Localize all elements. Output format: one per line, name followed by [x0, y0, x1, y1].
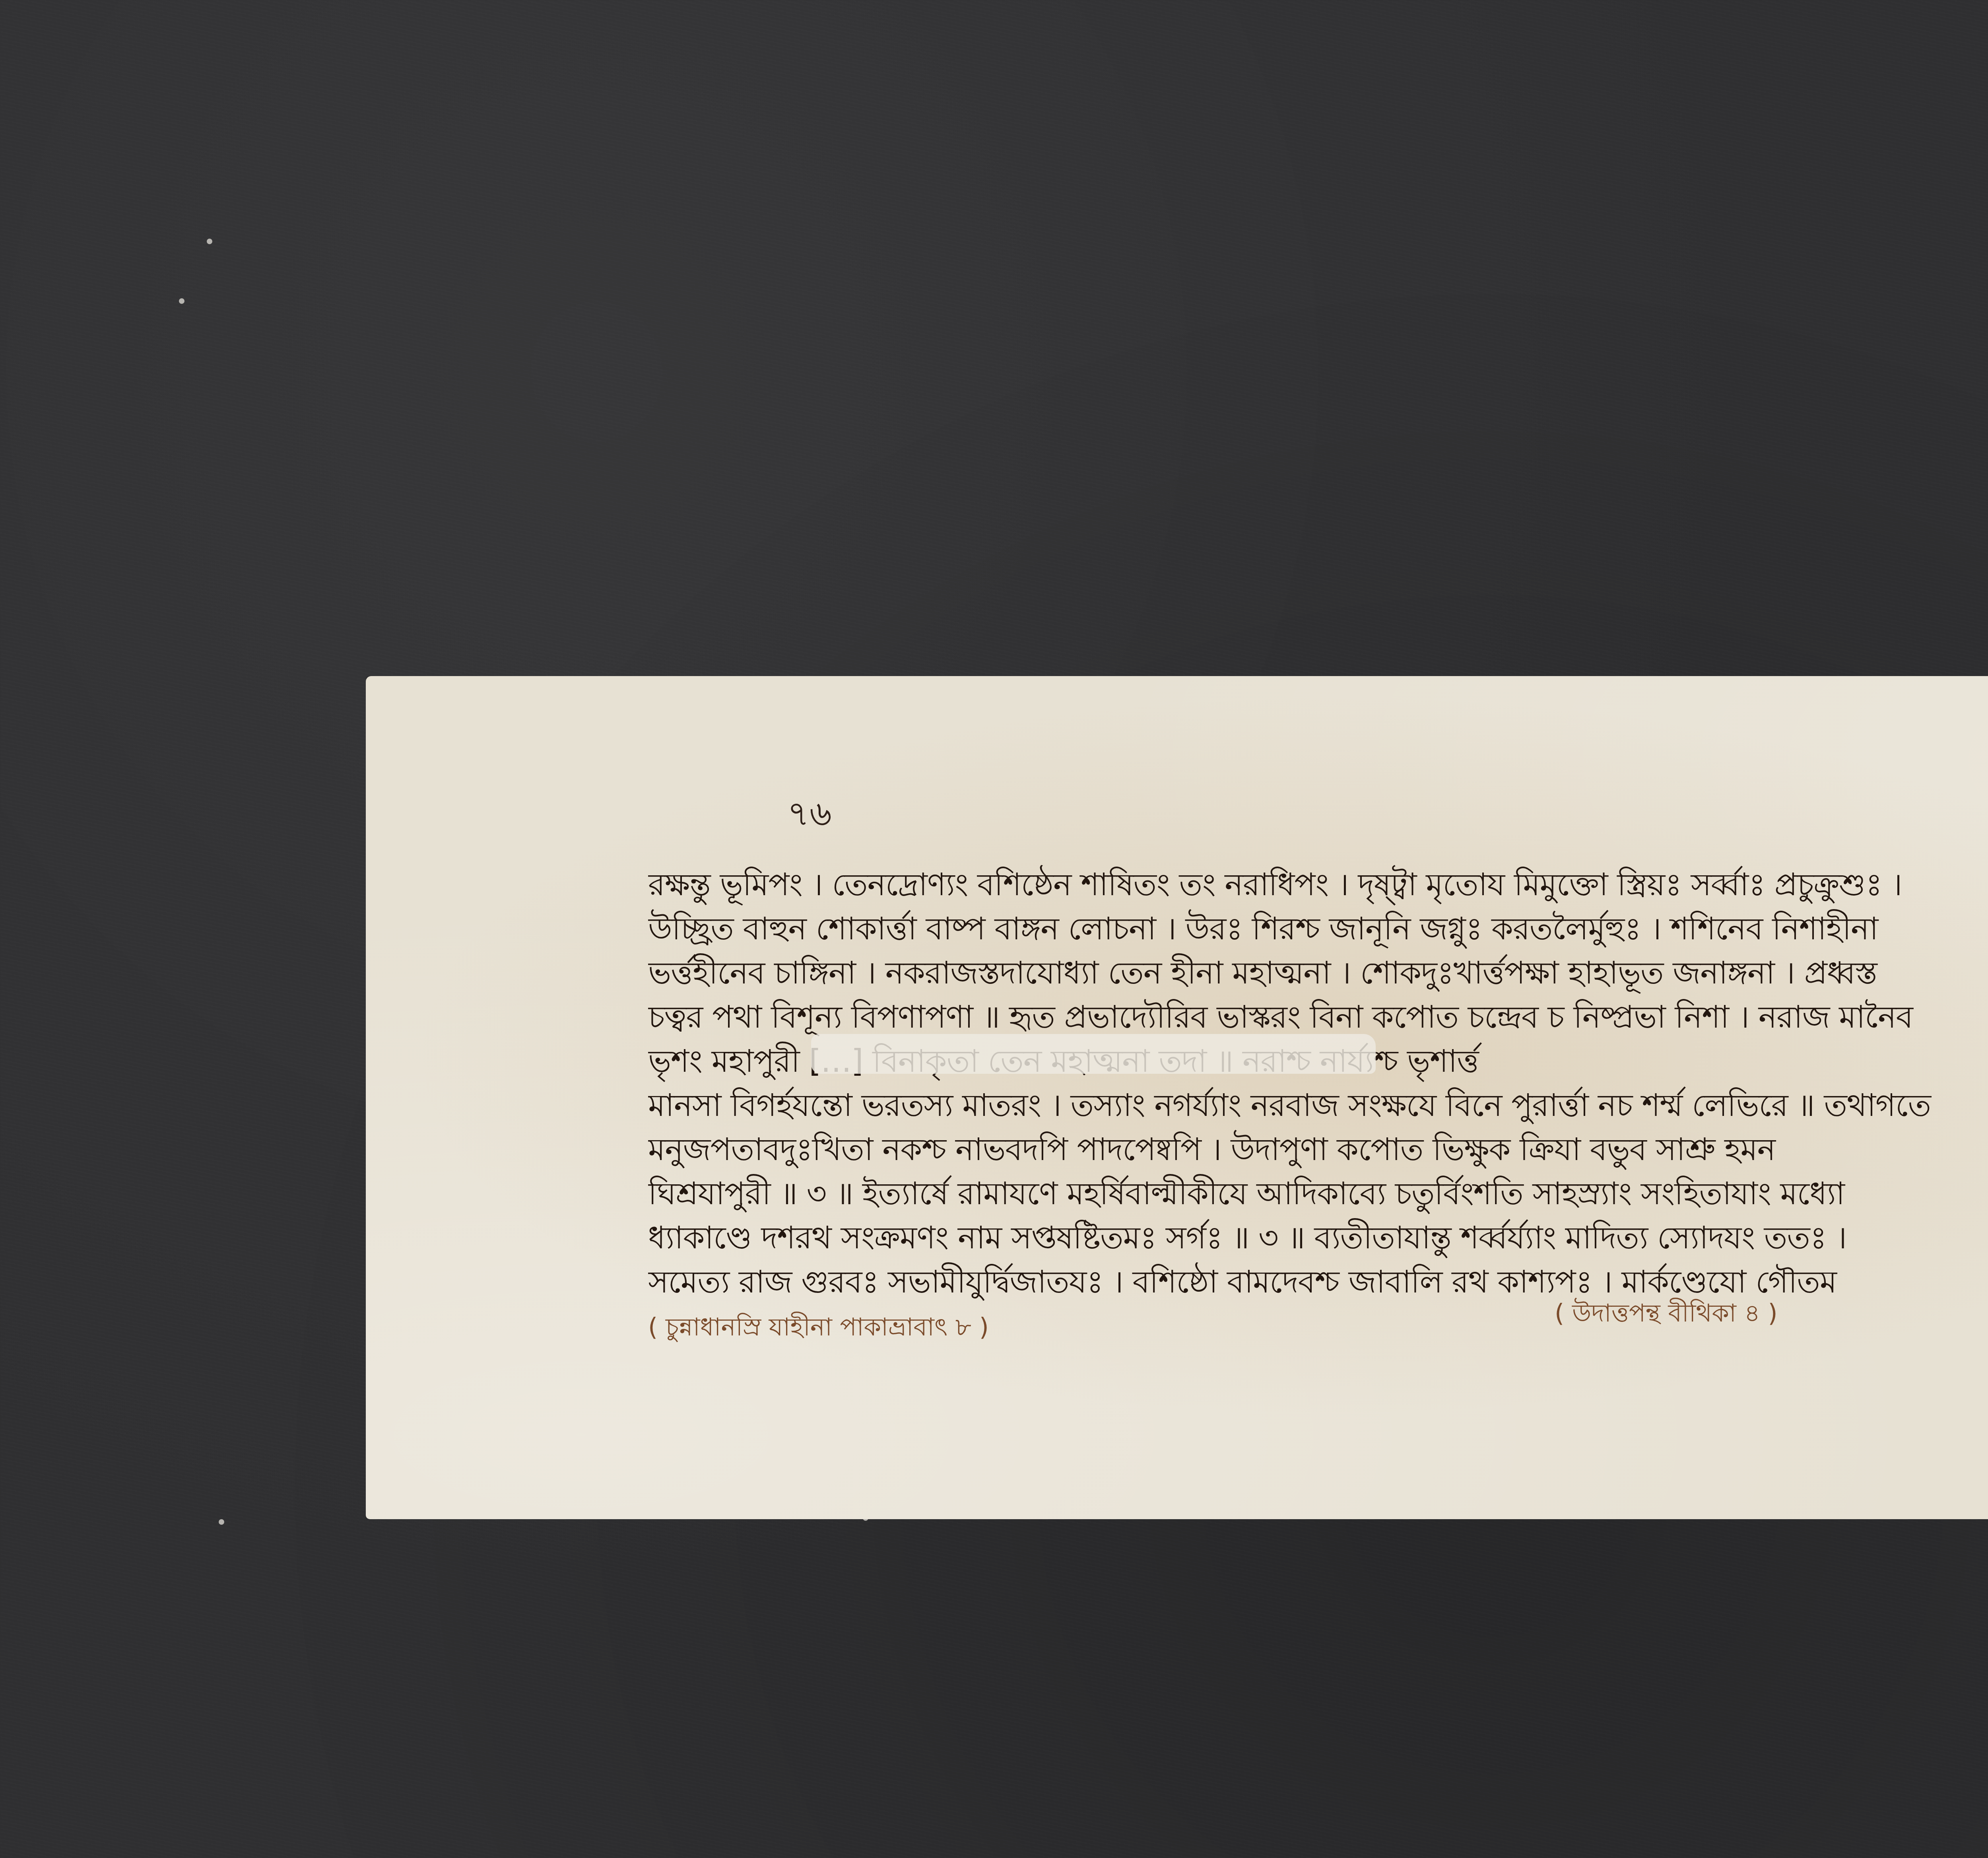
text-line: রক্ষন্তু ভূমিপং । তেনদ্রোণ্যং বশিষ্ঠেন শ…: [648, 863, 1988, 907]
text-line: ঘিশ্রযাপুরী ॥ ৩ ॥ ইত্যার্ষে রামাযণে মহর্…: [648, 1172, 1988, 1216]
dust-speck: [219, 1519, 224, 1525]
folio-number: ৭৬: [787, 787, 832, 844]
manuscript-text-block: রক্ষন্তু ভূমিপং । তেনদ্রোণ্যং বশিষ্ঠেন শ…: [648, 863, 1988, 1304]
margin-note-left: ( চুন্নাধানস্রি যাহীনা পাকাভ্রাবাৎ ৮ ): [648, 1308, 989, 1349]
text-line: সমেত্য রাজ গুরবঃ সভামীযুর্দ্বিজাতযঃ । বশ…: [648, 1260, 1988, 1304]
text-line: মানসা বিগর্হযন্তো ভরতস্য মাতরং । তস্যাং …: [648, 1084, 1988, 1128]
paper-repair-patch: [811, 1034, 1376, 1074]
text-line: ভর্ত্তহীনেব চাঙ্গিনা । নকরাজস্তদাযোধ্যা …: [648, 951, 1988, 995]
text-line: ধ্যাকাণ্ডে দশরথ সংক্রমণং নাম সপ্তষষ্টিতম…: [648, 1216, 1988, 1260]
text-line: মনুজপতাবদুঃখিতা নকশ্চ নাভবদপি পাদপেষ্বপি…: [648, 1128, 1988, 1172]
dust-speck: [207, 239, 212, 244]
text-line: উচ্ছ্রিত বাহুন শোকার্ত্তা বাষ্প বাঙ্গন ল…: [648, 907, 1988, 951]
margin-note-right: ( উদাত্তপন্থ বীথিকা ৪ ): [1555, 1294, 1778, 1335]
dust-speck: [179, 298, 184, 304]
text-line: চত্বর পথা বিশূন্য বিপণাপণা ॥ হৃত প্রভাদ্…: [648, 995, 1988, 1040]
manuscript-leaf: ৭৬ রক্ষন্তু ভূমিপং । তেনদ্রোণ্যং বশিষ্ঠে…: [366, 676, 1988, 1519]
